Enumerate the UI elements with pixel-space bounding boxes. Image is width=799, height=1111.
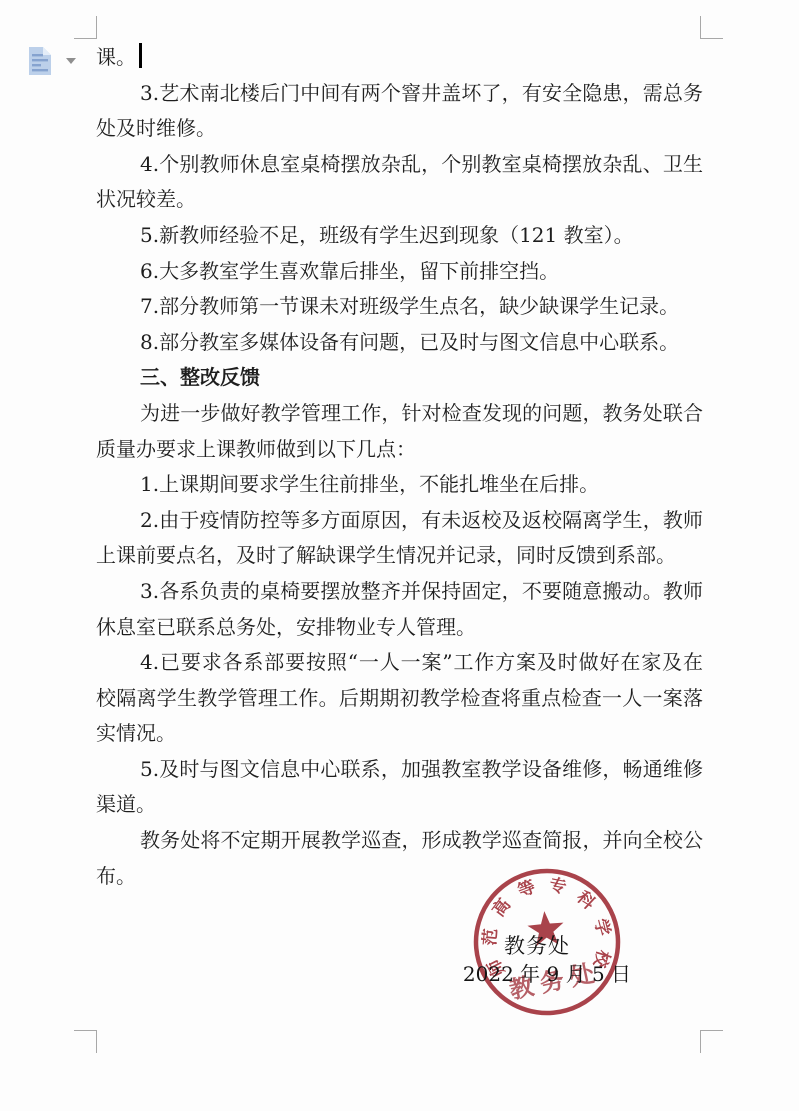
- text-line-content: 1.上课期间要求学生往前排坐，不能扎堆坐在后排。: [140, 472, 599, 496]
- text-line[interactable]: 6.大多教室学生喜欢靠后排坐，留下前排空挡。: [96, 254, 703, 290]
- text-boundary-mark-bottom-right: [700, 1030, 723, 1053]
- signature-date: 2022 年 9 月 5 日: [437, 958, 657, 987]
- text-line[interactable]: 处及时维修。: [96, 111, 703, 147]
- text-line-content: 3.各系负责的桌椅要摆放整齐并保持固定，不要随意搬动。教师: [140, 579, 703, 603]
- word-document-page: { "page": { "background": "#fdfdfd", "te…: [0, 0, 799, 1111]
- text-line-content: 实情况。: [96, 721, 176, 745]
- text-line[interactable]: 上课前要点名，及时了解缺课学生情况并记录，同时反馈到系部。: [96, 538, 703, 574]
- text-line-content: 4.个别教师休息室桌椅摆放杂乱，个别教室桌椅摆放杂乱、卫生: [140, 152, 703, 176]
- text-line[interactable]: 状况较差。: [96, 182, 703, 218]
- text-line[interactable]: 为进一步做好教学管理工作，针对检查发现的问题，教务处联合: [96, 396, 703, 432]
- text-line[interactable]: 1.上课期间要求学生往前排坐，不能扎堆坐在后排。: [96, 467, 703, 503]
- text-boundary-mark-bottom-left: [74, 1030, 97, 1053]
- text-line[interactable]: 5.及时与图文信息中心联系，加强教室教学设备维修，畅通维修: [96, 752, 703, 788]
- text-line-content: 6.大多教室学生喜欢靠后排坐，留下前排空挡。: [140, 259, 559, 283]
- text-line-content: 三、整改反馈: [140, 365, 260, 389]
- text-line[interactable]: 3.各系负责的桌椅要摆放整齐并保持固定，不要随意搬动。教师: [96, 574, 703, 610]
- text-line[interactable]: 5.新教师经验不足，班级有学生迟到现象（121 教室）。: [96, 218, 703, 254]
- text-line-content: 质量办要求上课教师做到以下几点：: [96, 437, 416, 461]
- text-line[interactable]: 校隔离学生教学管理工作。后期期初教学检查将重点检查一人一案落: [96, 681, 703, 717]
- text-line[interactable]: 休息室已联系总务处，安排物业专人管理。: [96, 610, 703, 646]
- text-line[interactable]: 三、整改反馈: [96, 360, 703, 396]
- text-line-content: 5.及时与图文信息中心联系，加强教室教学设备维修，畅通维修: [140, 757, 703, 781]
- text-line-content: 状况较差。: [96, 187, 196, 211]
- text-line[interactable]: 质量办要求上课教师做到以下几点：: [96, 432, 703, 468]
- text-line-content: 2.由于疫情防控等多方面原因，有未返校及返校隔离学生，教师: [140, 508, 703, 532]
- text-line-content: 休息室已联系总务处，安排物业专人管理。: [96, 615, 476, 639]
- seal-arc-char: 专: [547, 874, 568, 898]
- text-line-content: 7.部分教师第一节课未对班级学生点名，缺少缺课学生记录。: [140, 294, 679, 318]
- text-line[interactable]: 7.部分教师第一节课未对班级学生点名，缺少缺课学生记录。: [96, 289, 703, 325]
- text-line[interactable]: 实情况。: [96, 716, 703, 752]
- text-line-content: 5.新教师经验不足，班级有学生迟到现象（121 教室）。: [140, 223, 634, 247]
- document-text-area[interactable]: 课。3.艺术南北楼后门中间有两个窨井盖坏了，有安全隐患，需总务处及时维修。4.个…: [96, 40, 703, 894]
- text-line-content: 3.艺术南北楼后门中间有两个窨井盖坏了，有安全隐患，需总务: [140, 81, 703, 105]
- text-boundary-mark-top-left: [74, 16, 97, 39]
- text-line[interactable]: 课。: [96, 40, 703, 76]
- text-line-content: 校隔离学生教学管理工作。后期期初教学检查将重点检查一人一案落: [96, 686, 703, 710]
- text-line-content: 布。: [96, 864, 136, 888]
- text-boundary-mark-top-right: [700, 16, 723, 39]
- text-line[interactable]: 渠道。: [96, 787, 703, 823]
- signature-department: 教务处: [447, 930, 627, 960]
- text-line[interactable]: 4.个别教师休息室桌椅摆放杂乱，个别教室桌椅摆放杂乱、卫生: [96, 147, 703, 183]
- chevron-down-icon: [66, 58, 76, 64]
- text-line-content: 上课前要点名，及时了解缺课学生情况并记录，同时反馈到系部。: [96, 543, 676, 567]
- text-line-content: 处及时维修。: [96, 116, 216, 140]
- text-line-content: 渠道。: [96, 792, 156, 816]
- text-line-content: 8.部分教室多媒体设备有问题，已及时与图文信息中心联系。: [140, 330, 679, 354]
- seal-arc-char: 等: [515, 876, 538, 902]
- text-line[interactable]: 3.艺术南北楼后门中间有两个窨井盖坏了，有安全隐患，需总务: [96, 76, 703, 112]
- text-cursor: [139, 43, 142, 68]
- text-line[interactable]: 8.部分教室多媒体设备有问题，已及时与图文信息中心联系。: [96, 325, 703, 361]
- text-line-content: 课。: [96, 45, 136, 69]
- text-line[interactable]: 4.已要求各系部要按照“一人一案”工作方案及时做好在家及在: [96, 645, 703, 681]
- paste-options-button[interactable]: [26, 45, 78, 77]
- text-line-content: 为进一步做好教学管理工作，针对检查发现的问题，教务处联合: [140, 401, 703, 425]
- text-line-content: 4.已要求各系部要按照“一人一案”工作方案及时做好在家及在: [140, 650, 703, 674]
- text-line[interactable]: 2.由于疫情防控等多方面原因，有未返校及返校隔离学生，教师: [96, 503, 703, 539]
